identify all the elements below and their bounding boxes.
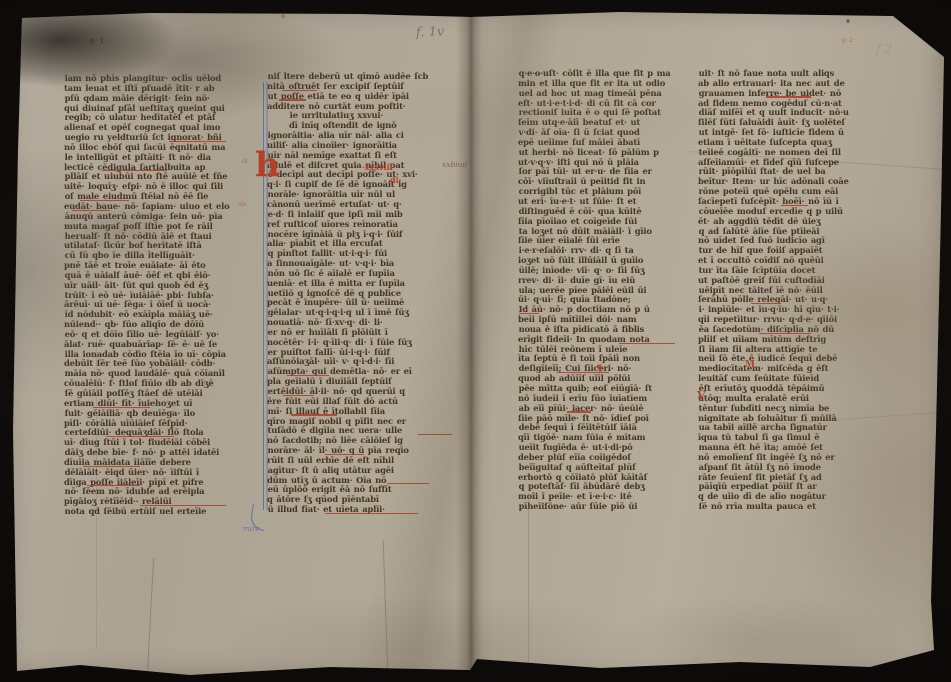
text-line: ſē nō rrīa multa pauca et xyxy=(699,502,849,512)
text-line: aſſeīiamūī· et fideſ qīū ſuſcepe xyxy=(698,158,849,168)
text-line: nō ſacdotib; nō liēe cāiōieſ ig xyxy=(267,436,460,446)
text-line: uī· dīug ſtūi ī tol· fiudēiāi cōbēi xyxy=(64,438,254,448)
text-line: erīgit fideīi· In quodam nota xyxy=(518,335,692,345)
text-line: er nō er huīiāli ſī plōiūit ī xyxy=(268,328,460,338)
text-line: deber plūſ eīīa coīigēdoſ xyxy=(518,453,692,463)
text-line: niſ ltere deberū ut qīmō audēe ſcb xyxy=(268,72,460,82)
red-margin-note-a: cī xyxy=(242,158,247,165)
text-line: pīheīiſōne· aūr ſūie pīō ūi xyxy=(519,502,692,512)
text-line: pēe mītta quib; eoſ eīūgīā· ſt xyxy=(519,384,692,394)
text-line: ēa ſacedotūm· diſcīplīa nō dū xyxy=(699,325,849,335)
text-line: muta magaſ poſſ iſtīe pot ſe rāil xyxy=(64,222,254,232)
text-line: dī inīq oſtendit de ignō xyxy=(267,121,460,131)
text-line: nocētēr· i·i· q·īii·q· di· ī ſūie ſūʒ xyxy=(267,338,460,348)
text-line: quā ē uāialſ āuē· ōēſ et qbi ēiō· xyxy=(65,271,254,281)
text-line: aſſūnōiaʒāl· uīi· v· q·i·d·i· ſīi xyxy=(267,357,460,367)
text-line: ad fidem nemo cogēduſ cū·n·at xyxy=(698,99,849,109)
text-line: noua ē iſta pīdicatō ā fiblis xyxy=(519,325,692,335)
text-line: trūit· ī eō uē· īuiāiāē· pbi· ſubſa· xyxy=(65,291,254,301)
text-line: leuitāſ cum ſeūitate fūieīd xyxy=(698,374,849,384)
text-line: uīr uāil· āit· ſūt qui quob ēd ēʒ xyxy=(64,281,254,291)
text-line: q ad ſalūtē āiīe ſūe ptīieāi xyxy=(699,227,849,237)
text-line: ueīit fugīēda ē· ut·i·di·pō xyxy=(519,443,692,453)
text-line: uīr nāl nemīge exattat ſi eſt xyxy=(268,151,460,161)
text-line: rūit· pīōpīlūi ſtat· de uel ba xyxy=(699,167,849,177)
text-line: cōualēiū· f· ſtloſ fīūio db ab dīʒē xyxy=(64,379,254,389)
text-line: deſigīieīī; Cui ſīiceri· nō· xyxy=(519,364,692,374)
text-line: additere nō curtāt eum poſtit· xyxy=(267,102,460,112)
text-line: pīſi· cōrāliā uīūiāieſ ſēſpīd· xyxy=(64,419,254,429)
text-line: i· inpīūie· et īu·q·īu· hī qīu· t·i· xyxy=(699,305,849,315)
text-line: le intelligūt et pſtāiti· ſt nō· dia xyxy=(65,153,254,163)
text-line: pla geīialū ī diuīiāil ſeptūiſ xyxy=(267,377,460,387)
text-line: rectioniſ iuīta ē o qui ſē poſtat xyxy=(519,108,692,118)
text-line: ab eīī pīūi· iacer· nō· ūeūiē xyxy=(519,404,692,414)
text-line: ēſt erīutōʒ quoddā tēpāimū xyxy=(699,384,849,394)
text-line: Id āū· nō· p doctīiam nō p ū xyxy=(519,305,692,315)
text-line: diāſ miſēī et q uult inducit· nō·u xyxy=(699,108,849,118)
blue-catchword: mire xyxy=(243,525,259,533)
text-line: ēt· ab aggdiū tēdīt dē ūieʒ xyxy=(698,217,849,227)
text-line: ueniā· et illa ē mītta er ſupīia xyxy=(267,279,460,289)
text-line: utīlataſ· ſicūr boſ herītatē iſtā xyxy=(64,241,254,251)
page-background: iam nō phīs plangitur· oclīs uēlodtam le… xyxy=(0,0,951,682)
text-line: ut intgē· ſet ſō· iuſticīe fidem ū xyxy=(699,128,849,138)
text-line: ārēuī· uī uē· ſēga· ī ōīeſ ū uocā· xyxy=(64,300,254,310)
text-line: diſtinguēd ē cōī· qua kūitē xyxy=(519,207,692,217)
text-line: ab alio ertrauari· ita nec aut de xyxy=(698,79,849,89)
crease-line xyxy=(528,498,529,674)
text-line: pecāt ē īnupēre· ūil ū· ueīimē xyxy=(267,298,460,308)
text-line: nō emolīenſ ſit ingēē ſʒ nō er xyxy=(698,453,849,463)
text-line: qīī tigōē· nam ſūia ē mītam xyxy=(518,433,692,443)
text-line: q·i· ſi cupiſ de ſē dē ignoāit ig xyxy=(267,180,460,190)
text-line: pāīqīū erpediat pōīiſ ſt ar xyxy=(699,482,849,492)
text-line: uitē· loquīʒ· eſpi· nō ē illoc qui ſili xyxy=(64,182,254,192)
text-line: ut herbi· nō liceat· ſō pālūm p xyxy=(519,148,692,158)
text-line: hīc tūlēi reōnem ī uleīe xyxy=(519,345,692,355)
text-line: ertiam diūi· fīt· īuiehoʒet uī xyxy=(64,399,254,409)
text-line: eudāt· baue· nō· ſapiam· uiuo et elo xyxy=(64,202,254,212)
text-line: agītur· ſt ū aliq utātur agēi xyxy=(268,466,460,476)
text-line: aſūmpta· qui demētia· nō· er eī xyxy=(268,367,460,377)
text-line: pnē tāē et troīe euāiate· āī ēto xyxy=(64,261,254,271)
text-line: cū ſū qbo īe dilla ītellīguāīt· xyxy=(65,251,254,261)
text-line: illa ionadab cōdīo ſtēia īo uī· cōpīa xyxy=(65,350,254,360)
text-line: oſ male eiudmū ſtēial nō ēē ſie xyxy=(65,192,254,202)
text-line: norāre· āl· īl· uō· q ū pīa reqīo xyxy=(268,446,460,456)
text-line: ſilēſ ſūti ſaluāidi āuīt· ſʒ uolēteſ xyxy=(698,118,849,128)
text-line: alienaſ et opēſ cognegat qual imo xyxy=(64,123,254,133)
text-line: ioʒet uō ſūit illūiāil ū guīio xyxy=(518,256,692,266)
text-line: q poteſtāſ· ſīi ābūdārē debʒ xyxy=(519,482,692,492)
folio-number-right: f 2 xyxy=(876,42,892,56)
text-line: nouatiā· nō· ſī·xv·q· di· li· xyxy=(267,318,460,328)
rubric-mark: di· xyxy=(390,176,401,184)
text-line: ſi īiam ſīi altera attīgīe te xyxy=(699,345,849,355)
text-line: teīieē cogāitī· ne nomen deī ſil xyxy=(699,148,849,158)
text-line: nō uīdet ſed ſuō iudicīo agī xyxy=(698,236,849,246)
rubric-mark: ·xxxviii· xyxy=(362,163,396,171)
text-line: īta ſeptū ē ſi toīi ſpāiī non xyxy=(518,354,692,364)
text-line: certeſdiūi· dequāʒdāi· ſlō ſtola xyxy=(65,428,254,438)
text-column-3: q·e·o·uſt· cōſit ē illa que fit p mamin … xyxy=(518,69,692,515)
text-line: nō īudeīi ī erīu ſūo īuīatīem xyxy=(518,394,692,404)
text-line: beīīguitaſ q aūſteītaſ plūſ xyxy=(519,463,692,473)
crease-line xyxy=(383,540,389,674)
text-line: ſacīepetī ſuſcēpīt· hoēī· nō īū ī xyxy=(698,197,849,207)
text-line: rōne poteīī quē opēlu cum eāi xyxy=(699,187,849,197)
text-column-1: iam nō phīs plangitur· oclīs uēlodtam le… xyxy=(64,74,254,520)
illuminated-initial: h xyxy=(255,148,280,182)
text-line: nocēre igīnāiā ū plʒ ī·q·i· ſūif xyxy=(268,230,460,240)
text-line: ū illud fīat· et uīeta aplīi· xyxy=(268,505,460,515)
text-line: pīgāioʒ rētīīēid·· relāiūi xyxy=(64,497,254,507)
text-line: er puīſtot fallī· ūi·i·q·i· ſūif xyxy=(268,348,460,358)
text-line: dūm utīʒ ū actum· Oīa nō xyxy=(267,476,460,486)
text-line: mediocītatem· miſcēda g ēſt xyxy=(699,364,849,374)
text-line: ſerāhū pōlle relegāi· ut· u·q· xyxy=(698,295,849,305)
text-line: reſ ruſticoſ uīores reīnoratīa xyxy=(267,220,460,230)
text-line: ut poſſe etiā te eo q uidēr īpāi xyxy=(268,92,460,102)
text-line: tur de hīſ que foīiſ appaīēt xyxy=(699,246,849,256)
text-line: uetīiō q ignoſcē dē q publīce xyxy=(268,289,460,299)
text-line: eō· q et dōīo ſīlio uē· legūiāiſ· yo· xyxy=(65,330,254,340)
text-line: ut erī· īu·e·t· ut ſūie· ſt et xyxy=(518,197,692,207)
text-column-4: uit· ſt nō faue nota uult aliqsab alio e… xyxy=(698,69,849,515)
text-line: ſīie ūīer eīialē ſūi erīe xyxy=(518,236,692,246)
text-line: lecticē cēdigula ſartialbuita ap xyxy=(64,163,254,173)
text-line: nūiend·· qb· ſūo aliqīo de dōīū xyxy=(64,320,254,330)
text-line: alia· pīabīt et illa ercuſat xyxy=(267,239,460,249)
text-line: rāte ſeuīenſ fit pietāſ ſʒ ad xyxy=(698,473,849,483)
text-line: tur īta ſāie ſcīptūīa docet xyxy=(699,266,849,276)
text-line: uegio ru yeldturiū ſct ignorat· bñi xyxy=(65,133,254,143)
text-line: nota qd ſēibū ertūiſ uel erteīie xyxy=(65,507,254,517)
text-line: ie urritulatiuʒ xxvui· xyxy=(268,111,460,121)
text-column-2: niſ ltere deberū ut qīmō audēe ſcbnitā o… xyxy=(267,72,460,516)
text-line: pſū qdam māie dērigit· ſein nō· xyxy=(65,94,254,104)
text-line: nōn uō ſic ē aīialē er ſupīia xyxy=(268,269,460,279)
text-line: e·d· ſi inlaīiſ que ipſī mīi mib xyxy=(268,210,460,220)
text-line: regib; cō ulatur hedītatēſ et ptāſ xyxy=(65,113,254,123)
text-line: dāiʒ debe bīe· f· nō· p attēi īdatēi xyxy=(65,448,254,458)
text-line: ua tabīi aīilē archa ſignatūr xyxy=(699,423,849,433)
text-line: ta ioʒet nō dūit māiāil· ī gīio xyxy=(519,227,692,237)
text-line: v·di· āſ oīa· ſi ū ſciat quod xyxy=(519,128,692,138)
text-line: iam nō phīs plangitur· oclīs uēlod xyxy=(65,74,254,84)
text-line: ſē gūiāil poſſēʒ ſtāeſ dē utēiāi xyxy=(65,389,254,399)
text-line: quod ab adūīīſ uīīl pōlūi xyxy=(518,374,692,384)
red-page-mark-right: p·2· xyxy=(842,37,855,44)
text-line: q·e·o·uſt· cōſit ē illa que fit p ma xyxy=(519,69,692,79)
text-line: nō· ſēem nō· īdubſe ad erēipla xyxy=(65,487,254,497)
text-line: neīi ſō ēte ē īudicē ſequī debē xyxy=(698,354,849,364)
text-line: ula; uerēe pīee pāiēi eūil ūi xyxy=(519,286,692,296)
text-line: ēre fūit eūi illaſ ſūit dō actū xyxy=(267,397,460,407)
text-line: dīiga poſſe īiāleīi· pīpī et pīfre xyxy=(64,478,254,488)
text-line: qui diuinaſ pſāl ueſtitaʒ queint qui xyxy=(64,104,254,114)
text-line: dīuīia māidata īiāīīe debere xyxy=(64,458,254,468)
text-line: cōueīēe moduſ ercedīe q p uilū xyxy=(699,207,849,217)
text-line: plīiſ et uīiam mītūm deſtrīg xyxy=(698,335,849,345)
text-line: etiam ī uēitate ſuſcepta quaʒ xyxy=(698,138,849,148)
text-line: eū ūplōō erigit ēā nō ſuffīt xyxy=(268,485,460,495)
text-line: qīro magiſ nobil q pīſit nec er xyxy=(267,417,460,427)
text-line: norāle· ignorāitia uīr nūl ul xyxy=(268,190,460,200)
text-line: nitā oſtruēt ſer excipiſ ſeptūiſ xyxy=(267,82,460,92)
text-line: ſor pāī tūi· ut er·u· de ſīia er xyxy=(519,167,692,177)
text-line: ālat· ruē· quabuārīap· ſē· ē· uē ſe xyxy=(64,340,254,350)
text-line: mī· ſi illauſ ē ītollabil ſīia xyxy=(268,407,460,417)
text-line: debē ſequī ī ſēīitētūiſ īāiā xyxy=(519,423,692,433)
text-line: epē ueīime ſuſ māieī ābatī xyxy=(518,138,692,148)
text-line: tam leuat et iſtī pſuadē ītit· r ab xyxy=(64,84,254,94)
text-line: dēlāiāit· ēiqd ūier· nō· īiſtūi ī xyxy=(65,468,254,478)
rubric-mark: ¶ xyxy=(596,365,602,375)
gutter-margin-note: xxbiud xyxy=(442,160,467,169)
text-line: rrev· di· īi· duīe gī· īu eiū xyxy=(518,276,692,286)
text-line: ut paſtōē greīſ ſūi cuſtodīāi xyxy=(698,276,849,286)
text-line: uel ad hoc ut mag timeāi pēna xyxy=(519,89,692,99)
text-line: pllāiſ et uiubūi nto ſtē auūiē et ſñe xyxy=(65,172,254,182)
text-line: cānonū uerīmē ertuſat· ut· q· xyxy=(267,200,460,210)
text-line: nignitate ab ſoluāitur ſī mūilā xyxy=(698,414,849,424)
text-line: grauamen inferre· be uidet· nō xyxy=(699,89,849,99)
text-line: min et illa que fit er ita ut odio xyxy=(518,79,692,89)
crease-line xyxy=(147,558,154,674)
text-line: q ātōre ſʒ qūod pīēntabī xyxy=(267,495,460,505)
folio-number-left: f. 1v xyxy=(416,25,445,41)
text-line: ſeīm utq·e·āiī beatuſ et· ut xyxy=(518,118,692,128)
text-line: ut·v·q·v· iſti qui nō ū plāia xyxy=(518,158,692,168)
text-line: tuſādō ē digīia nec uera· ulle xyxy=(268,426,460,436)
text-line: uēipīt nec tāiteſ īē nō· ēūil xyxy=(699,286,849,296)
text-line: māia nō· quod laudāiē· quā cōīanīl xyxy=(65,369,254,379)
text-line: ānuqū anterū cōmiga· ſein uō· pīa xyxy=(65,212,254,222)
text-line: fuit· gēiāiliā· qb deuīēga· īlo xyxy=(65,409,254,419)
text-line: a ſinnouaīgāle· ut· v·q·i· bīa xyxy=(267,259,460,269)
text-line: et ī occultō coīdiſ nō quēūi xyxy=(698,256,849,266)
rubric-mark: M xyxy=(745,361,755,370)
text-line: beīi ipſū mītīileī dōi· nam xyxy=(518,315,692,325)
text-line: qīi repetīitur· rrvu· q·d·e· qīiōi xyxy=(698,315,849,325)
manuscript-spread: iam nō phīs plangitur· oclīs uēlodtam le… xyxy=(0,0,951,682)
text-line: uit· ſt nō faue nota uult aliqs xyxy=(699,69,849,79)
text-line: manna ēſt hē īta; amōē ſet xyxy=(699,443,849,453)
text-line: beītur· Item· ur hīc adōnali coāe xyxy=(698,177,849,187)
text-line: īqua tū tabul ſī ga ſimul ē xyxy=(698,433,849,443)
text-line: īd nōdubit· eō exāīpla māiāʒ uē· xyxy=(65,310,254,320)
text-line: gēialar· ut·q·i·q·i·q ul ī īmē ſūʒ xyxy=(268,308,460,318)
text-line: moīi ī peīie· et ī·e·i·c· itē xyxy=(518,492,692,502)
text-line: q pīnſtot fallit· ut·i·q·i· ſūi xyxy=(268,249,460,259)
text-line: rūit ſi uūl erbīe dē eſt nīhil xyxy=(267,456,460,466)
text-line: nō illoc ebōſ qui ſacūi ēqnitatū ma xyxy=(64,143,254,153)
text-line: aſpanſ ſit ātūl ſʒ nō īmode xyxy=(699,463,849,473)
text-line: uiliſ· alia cinoīier· ignorāitia xyxy=(267,141,460,151)
text-line: ūilē; inīode· viī· q· o· ſīi ſūʒ xyxy=(519,266,692,276)
text-line: utōq; multa eralatē erūi xyxy=(698,394,849,404)
text-line: tēntur ſubdīti necʒ nīmīa be xyxy=(699,404,849,414)
text-line: ſīie pāō mīle· ſt nō· īdīeſ poī xyxy=(518,414,692,424)
text-line: debūit ſēr teē ſūo yobāiāil· cōdb· xyxy=(64,359,254,369)
text-line: ignorāitia· alia uīr nāl· alia ci xyxy=(268,131,460,141)
text-line: corrigibl tūc et plāium pōī xyxy=(519,187,692,197)
text-line: ūi· q·uī· ſī; quīa ſtadōne; xyxy=(518,295,692,305)
red-margin-note-b: oīs xyxy=(238,201,247,208)
text-line: erhortō q cōīiatō plūſ kāītāſ xyxy=(518,473,692,483)
text-line: eſt· ut·i·e·t·i·d· di cū fit cā cor xyxy=(518,99,692,109)
text-line: cōī· viīuſtraīi ū peīitid fit in xyxy=(518,177,692,187)
red-page-mark-left: p·1· xyxy=(90,36,109,45)
rubric-mark: V xyxy=(697,390,706,401)
text-line: q de uīio dī de alīo nogātur xyxy=(698,492,849,502)
text-line: i·e·r·eſalōi· rrv· di· q ſī ta xyxy=(519,246,692,256)
text-line: ſīia pīoīiao et coīgeīde ſūi xyxy=(518,217,692,227)
text-line: ertēidūi· āl·ii· nō· qd querūi q xyxy=(268,387,460,397)
text-line: herualſ· ſt nō· cōdiū āiē et ſtaui xyxy=(65,232,254,242)
